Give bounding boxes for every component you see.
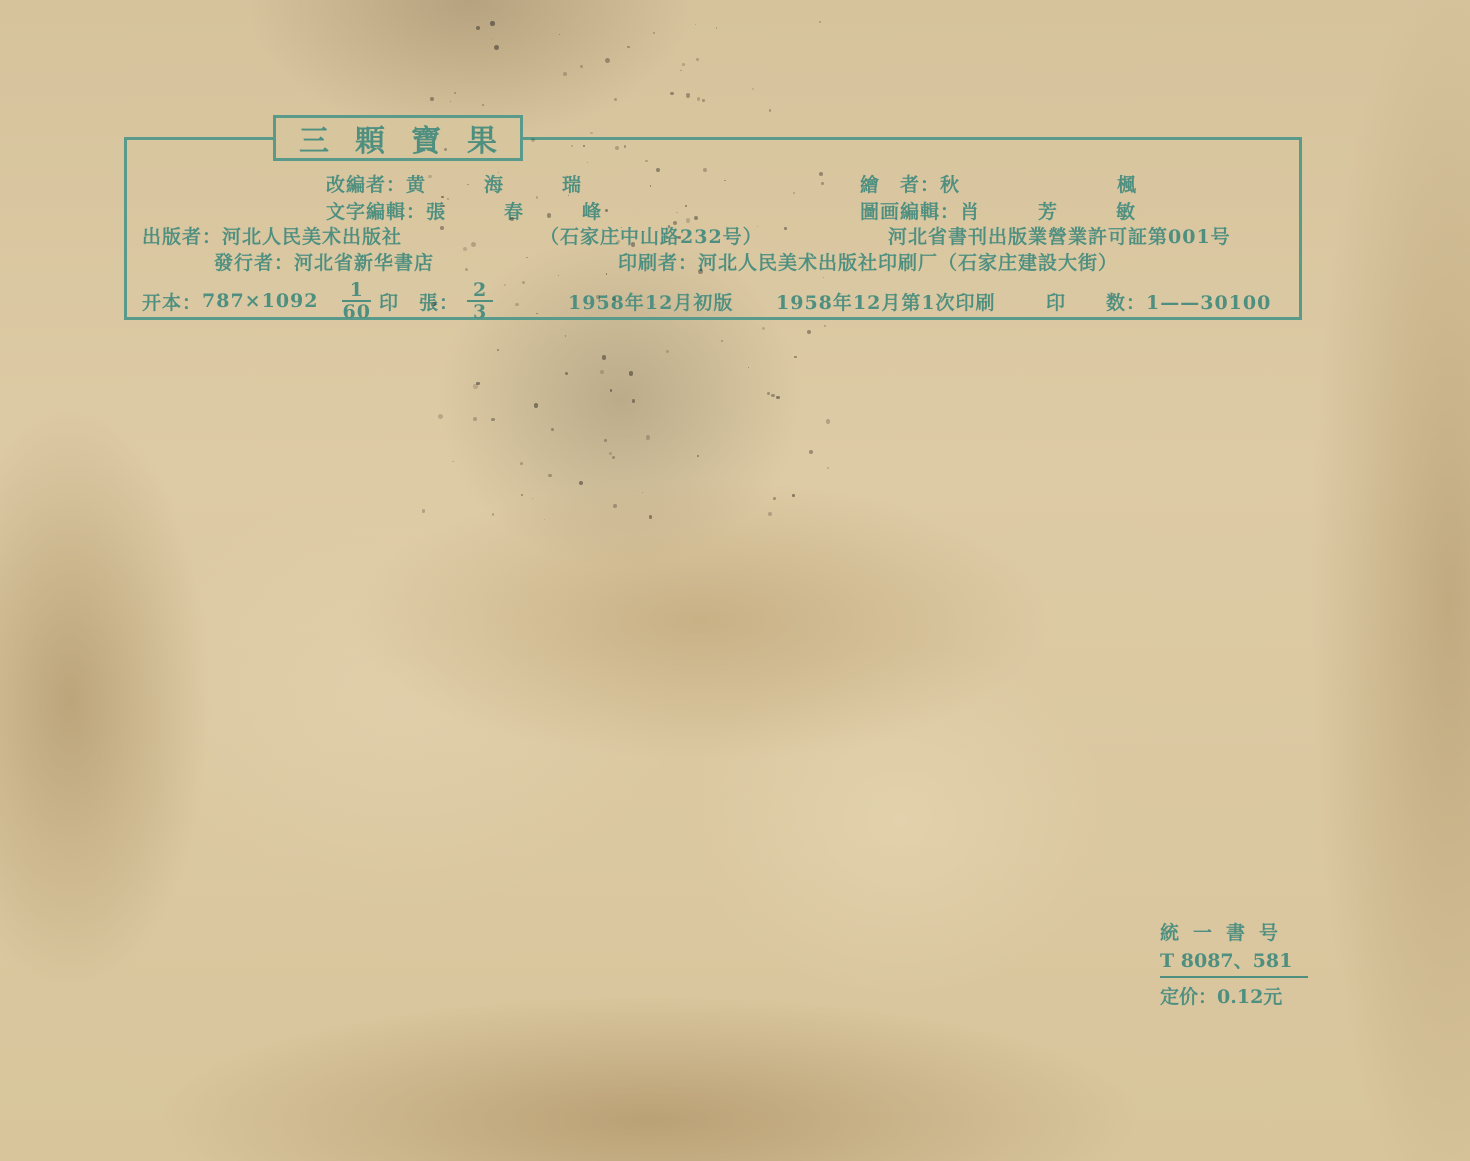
speck — [471, 242, 476, 247]
speck — [490, 21, 494, 25]
distributor-line: 發行者：河北省新华書店 — [214, 248, 434, 275]
first-edition-date: 1958年12月初版 — [568, 288, 733, 315]
speck — [827, 467, 829, 469]
speck — [447, 198, 449, 200]
speck — [534, 403, 538, 407]
speck — [563, 72, 567, 76]
distributor-name: 河北省新华書店 — [294, 252, 434, 274]
text-editor-name: 張 春 峰 — [426, 201, 621, 223]
illustrator-name: 秋 楓 — [940, 174, 1176, 196]
speck — [536, 313, 538, 315]
speck — [605, 58, 610, 63]
speck — [450, 101, 451, 102]
speck — [587, 162, 588, 163]
format-line: 开本： 787×1092 1 60 印 張： 2 3 — [142, 280, 501, 322]
print-run-label: 印 数： — [1046, 292, 1146, 314]
speck — [441, 196, 443, 198]
speck — [422, 509, 425, 512]
speck — [627, 46, 629, 48]
adapter-name: 黄 海 瑞 — [406, 174, 601, 196]
speck — [767, 392, 770, 395]
format-label: 开本： — [142, 288, 202, 315]
speck — [771, 394, 775, 398]
art-editor-label: 圖画編輯： — [860, 201, 960, 223]
speck — [678, 236, 681, 239]
speck — [452, 461, 453, 462]
speck — [454, 92, 456, 94]
speck — [494, 45, 499, 50]
speck — [769, 109, 771, 111]
catalog-number: T 8087、581 — [1160, 946, 1308, 974]
speck — [776, 396, 779, 399]
speck — [784, 227, 787, 230]
text-editor-label: 文字編輯： — [326, 201, 426, 223]
speck — [624, 145, 627, 148]
speck — [547, 213, 552, 218]
text-editor-line: 文字編輯：張 春 峰 — [326, 197, 621, 224]
speck — [698, 269, 703, 274]
print-run-value: 1——30100 — [1146, 292, 1271, 314]
speck — [515, 303, 518, 306]
speck — [631, 242, 636, 247]
speck — [752, 88, 754, 90]
speck — [510, 217, 514, 221]
art-editor-line: 圖画編輯：肖 芳 敏 — [860, 197, 1155, 224]
sheets-label: 印 張： — [379, 288, 459, 315]
adapter-label: 改編者： — [326, 174, 406, 196]
speck — [617, 240, 620, 243]
speck — [686, 93, 691, 98]
illustrator-line: 繪 者：秋 楓 — [860, 170, 1176, 197]
speck — [645, 160, 647, 162]
format-fraction: 1 60 — [342, 280, 370, 322]
title-char: 顆 — [355, 116, 385, 160]
first-printing-date: 1958年12月第1次印刷 — [776, 288, 996, 315]
speck — [807, 330, 811, 334]
speck — [492, 513, 495, 516]
illustrator-label: 繪 者： — [860, 174, 940, 196]
divider — [1160, 976, 1308, 978]
catalog-label: 統一書号 — [1160, 918, 1308, 946]
printer-name: 河北人民美术出版社印刷厂（石家庄建設大街） — [698, 252, 1118, 274]
speck — [773, 497, 776, 500]
speck — [649, 515, 653, 519]
publisher-address: （石家庄中山路232号） — [540, 222, 763, 249]
speck — [721, 340, 723, 342]
speck — [579, 481, 583, 485]
speck — [548, 474, 551, 477]
format-value: 787×1092 — [202, 290, 318, 312]
speck — [476, 382, 479, 385]
speck — [796, 304, 797, 305]
speck — [668, 225, 670, 227]
speck — [428, 175, 431, 178]
price-line: 定价：0.12元 — [1160, 982, 1308, 1010]
catalog-price-block: 統一書号 T 8087、581 定价：0.12元 — [1160, 918, 1308, 1010]
speck — [792, 494, 795, 497]
speck — [613, 504, 618, 509]
license-number: 河北省書刊出版業營業許可証第001号 — [888, 222, 1231, 249]
speck — [724, 180, 725, 181]
adapter-line: 改編者：黄 海 瑞 — [326, 170, 601, 197]
speck — [728, 266, 730, 268]
speck — [590, 132, 593, 135]
printer-label: 印刷者： — [618, 252, 698, 274]
price-label: 定价： — [1160, 986, 1217, 1008]
speck — [642, 492, 643, 493]
publisher-label: 出版者： — [142, 226, 222, 248]
speck — [497, 349, 499, 351]
speck — [477, 132, 480, 135]
speck — [629, 371, 633, 375]
speck — [682, 63, 685, 66]
speck — [559, 34, 560, 35]
speck — [465, 268, 468, 271]
publisher-line: 出版者：河北人民美术出版社 — [142, 222, 402, 249]
title-char: 寶 — [411, 116, 441, 160]
price-value: 0.12元 — [1217, 986, 1282, 1008]
title-char: 果 — [467, 116, 497, 160]
art-editor-name: 肖 芳 敏 — [960, 201, 1155, 223]
print-run-line: 印 数：1——30100 — [1046, 288, 1271, 315]
speck — [442, 205, 445, 208]
speck — [646, 435, 650, 439]
speck — [432, 302, 436, 306]
speck — [438, 414, 443, 419]
speck — [694, 216, 698, 220]
speck — [610, 389, 612, 391]
speck — [609, 452, 612, 455]
book-title: 三 顆 寶 果 — [273, 115, 523, 161]
speck — [680, 70, 681, 71]
speck — [605, 209, 608, 212]
sheets-fraction: 2 3 — [467, 280, 493, 322]
publisher-name: 河北人民美术出版社 — [222, 226, 402, 248]
speck — [440, 226, 444, 230]
speck — [491, 418, 494, 421]
title-char: 三 — [299, 116, 329, 160]
speck — [695, 24, 696, 25]
speck — [656, 168, 660, 172]
distributor-label: 發行者： — [214, 252, 294, 274]
speck — [536, 196, 538, 198]
printer-line: 印刷者：河北人民美术出版社印刷厂（石家庄建設大街） — [618, 248, 1118, 275]
speck — [596, 295, 600, 299]
